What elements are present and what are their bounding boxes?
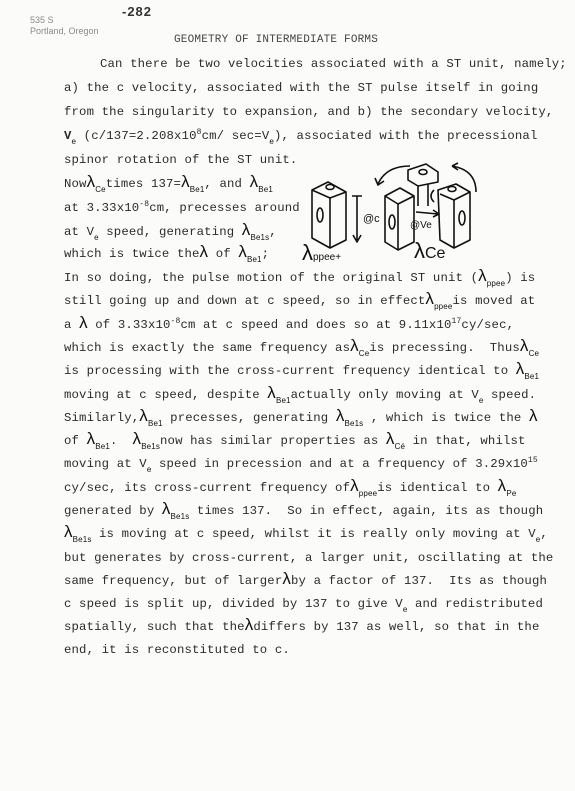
text-line: Ve (c/137=2.208x108cm/ sec=Ve), associat… (64, 129, 537, 143)
text-line: which is exactly the same frequency asλC… (64, 341, 539, 355)
label-at-ve: @Ve (410, 220, 432, 231)
text-line: generated by λBe1s times 137. So in effe… (64, 504, 543, 518)
text-line: λBe1s is moving at c speed, whilst it is… (64, 527, 548, 541)
text-line: of λBe1. λBe1snow has similar properties… (64, 434, 526, 448)
text-line: spatially, such that theλdiffers by 137 … (64, 620, 540, 634)
stamp-line-1: 535 S (30, 15, 99, 26)
text-line: still going up and down at c speed, so i… (64, 294, 535, 308)
precession-diagram: @c @Ve λppee+ λCe (290, 160, 495, 268)
label-lambda-ce: λCe (414, 238, 445, 264)
text-line: spinor rotation of the ST unit. (64, 153, 297, 167)
archive-stamp: 535 S Portland, Oregon (30, 15, 99, 37)
label-at-c: @c (363, 213, 380, 225)
text-line: moving at Ve speed in precession and at … (64, 457, 538, 471)
text-line: c speed is split up, divided by 137 to g… (64, 597, 543, 611)
text-line: moving at c speed, despite λBe1actually … (64, 388, 536, 402)
text-line: Can there be two velocities associated w… (100, 57, 567, 71)
text-line: cy/sec, its cross-current frequency ofλp… (64, 481, 516, 495)
text-line: same frequency, but of largerλby a facto… (64, 574, 547, 588)
text-line: but generates by cross-current, a larger… (64, 551, 553, 565)
label-lambda-ppee: λppee+ (302, 240, 341, 266)
text-line: from the singularity to expansion, and b… (64, 105, 553, 119)
text-line: Similarly,λBe1 precesses, generating λBe… (64, 411, 538, 425)
text-line: a) the c velocity, associated with the S… (64, 81, 538, 95)
text-line: end, it is reconstituted to c. (64, 643, 290, 657)
text-line: In so doing, the pulse motion of the ori… (64, 271, 535, 285)
text-line: a λ of 3.33x10-8cm at c speed and does s… (64, 318, 514, 332)
page-number: -282 (122, 4, 152, 19)
text-line: NowλCetimes 137=λBe1, and λBe1 (64, 177, 273, 191)
stamp-line-2: Portland, Oregon (30, 26, 99, 37)
text-line: is processing with the cross-current fre… (64, 364, 539, 378)
page-title: GEOMETRY OF INTERMEDIATE FORMS (174, 34, 378, 46)
text-line: at 3.33x10-8cm, precesses around (64, 201, 300, 215)
text-line: at Ve speed, generating λBe1s, (64, 225, 277, 239)
text-line: which is twice theλ of λBe1; (64, 247, 269, 261)
